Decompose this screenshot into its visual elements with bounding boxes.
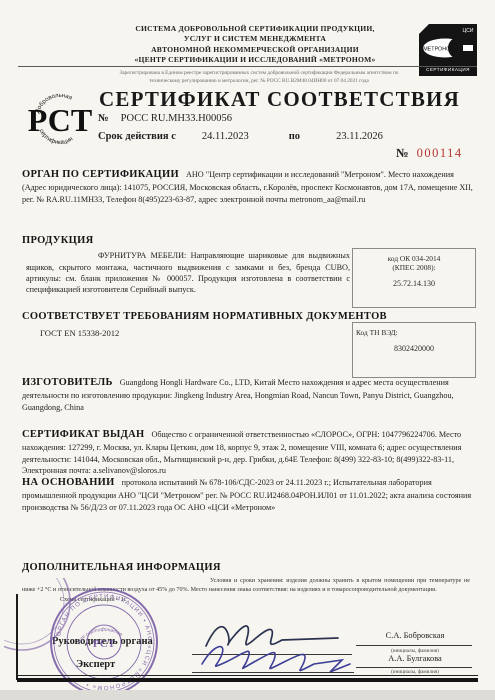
metronom-logo-icon: ЦСИ МЕТРОНОМ СЕРТИФИКАЦИЯ (419, 24, 477, 76)
section-manufacturer-heading: ИЗГОТОВИТЕЛЬ (22, 377, 113, 388)
tnved-value: 8302420000 (356, 344, 472, 353)
expert-signature-line (192, 672, 354, 673)
certificate-title: СЕРТИФИКАТ СООТВЕТСТВИЯ (78, 87, 481, 112)
head-name-line (356, 645, 472, 646)
system-header-line-3: АВТОНОМНОЙ НЕКОММЕРЧЕСКОЙ ОРГАНИЗАЦИИ (88, 45, 422, 55)
section-basis: НА ОСНОВАНИИпротокола испытаний № 678-10… (22, 476, 474, 513)
validity-label: Срок действия с (98, 131, 176, 142)
tnved-label: Код ТН ВЭД: (356, 328, 398, 337)
system-header-line-4: «ЦЕНТР СЕРТИФИКАЦИИ И ИССЛЕДОВАНИЙ «МЕТР… (88, 55, 422, 65)
section-product-text: ФУРНИТУРА МЕБЕЛИ: Направляющие шариковые… (26, 250, 350, 295)
bottom-rule-thick (17, 678, 478, 682)
section-issued-heading: СЕРТИФИКАТ ВЫДАН (22, 429, 144, 440)
okpd-code-line1: код ОК 034-2014 (388, 254, 441, 263)
expert-signatory-name: А.А. Булгакова (360, 654, 470, 663)
okpd-code-value: 25.72.14.130 (356, 279, 472, 288)
paper-edge (0, 690, 495, 700)
expert-name-line (356, 667, 472, 668)
form-number-label: № (396, 146, 409, 160)
section-additional-heading: ДОПОЛНИТЕЛЬНАЯ ИНФОРМАЦИЯ (22, 561, 467, 575)
section-product-heading: ПРОДУКЦИЯ (22, 234, 467, 248)
section-basis-heading: НА ОСНОВАНИИ (22, 477, 115, 488)
header-divider (18, 66, 477, 67)
svg-text:МЕТРОНОМ: МЕТРОНОМ (423, 47, 455, 53)
registration-note-line-2: техническому регулированию и метрологии,… (45, 78, 473, 86)
certificate-number: №РОСС RU.МН33.Н00056 (98, 113, 232, 124)
tnved-code-box: Код ТН ВЭД: 8302420000 (352, 322, 476, 378)
validity-row: Срок действия с24.11.2023по23.11.2026 (98, 131, 383, 142)
system-header-line-2: УСЛУГ И СИСТЕМ МЕНЕДЖМЕНТА (88, 34, 422, 44)
validity-to-label: по (289, 131, 300, 142)
certificate-number-label: № (98, 113, 109, 124)
certificate-page: СИСТЕМА ДОБРОВОЛЬНОЙ СЕРТИФИКАЦИИ ПРОДУК… (0, 0, 495, 700)
system-header-line-1: СИСТЕМА ДОБРОВОЛЬНОЙ СЕРТИФИКАЦИИ ПРОДУК… (88, 24, 422, 34)
form-number-value: 000114 (417, 146, 463, 160)
registration-note-line-1: Зарегистрирована в Едином реестре зареги… (45, 70, 473, 78)
section-manufacturer: ИЗГОТОВИТЕЛЬGuangdong Hongli Hardware Co… (22, 376, 474, 413)
svg-text:ЦСИ: ЦСИ (463, 28, 474, 34)
section-organ-heading: ОРГАН ПО СЕРТИФИКАЦИИ (22, 169, 179, 180)
validity-to-date: 23.11.2026 (336, 131, 383, 142)
certificate-number-value: РОСС RU.МН33.Н00056 (121, 113, 232, 124)
head-signatory-name: С.А. Бобровская (360, 631, 470, 640)
validity-from-date: 24.11.2023 (202, 131, 249, 142)
okpd-code-line2: (КПЕС 2008): (392, 263, 435, 272)
system-header: СИСТЕМА ДОБРОВОЛЬНОЙ СЕРТИФИКАЦИИ ПРОДУК… (88, 24, 422, 65)
page-frame-left (16, 594, 18, 680)
svg-text:РСТ: РСТ (93, 638, 116, 650)
section-organ: ОРГАН ПО СЕРТИФИКАЦИИАНО "Центр сертифик… (22, 168, 474, 205)
form-number: №000114 (396, 146, 463, 161)
expert-signature-icon (192, 638, 367, 676)
registration-note: Зарегистрирована в Едином реестре зареги… (45, 70, 473, 86)
bottom-rule-thin (17, 675, 478, 676)
section-issued-to: СЕРТИФИКАТ ВЫДАНОбщество с ограниченной … (22, 428, 474, 476)
okpd-code-box: код ОК 034-2014 (КПЕС 2008): 25.72.14.13… (352, 248, 476, 308)
